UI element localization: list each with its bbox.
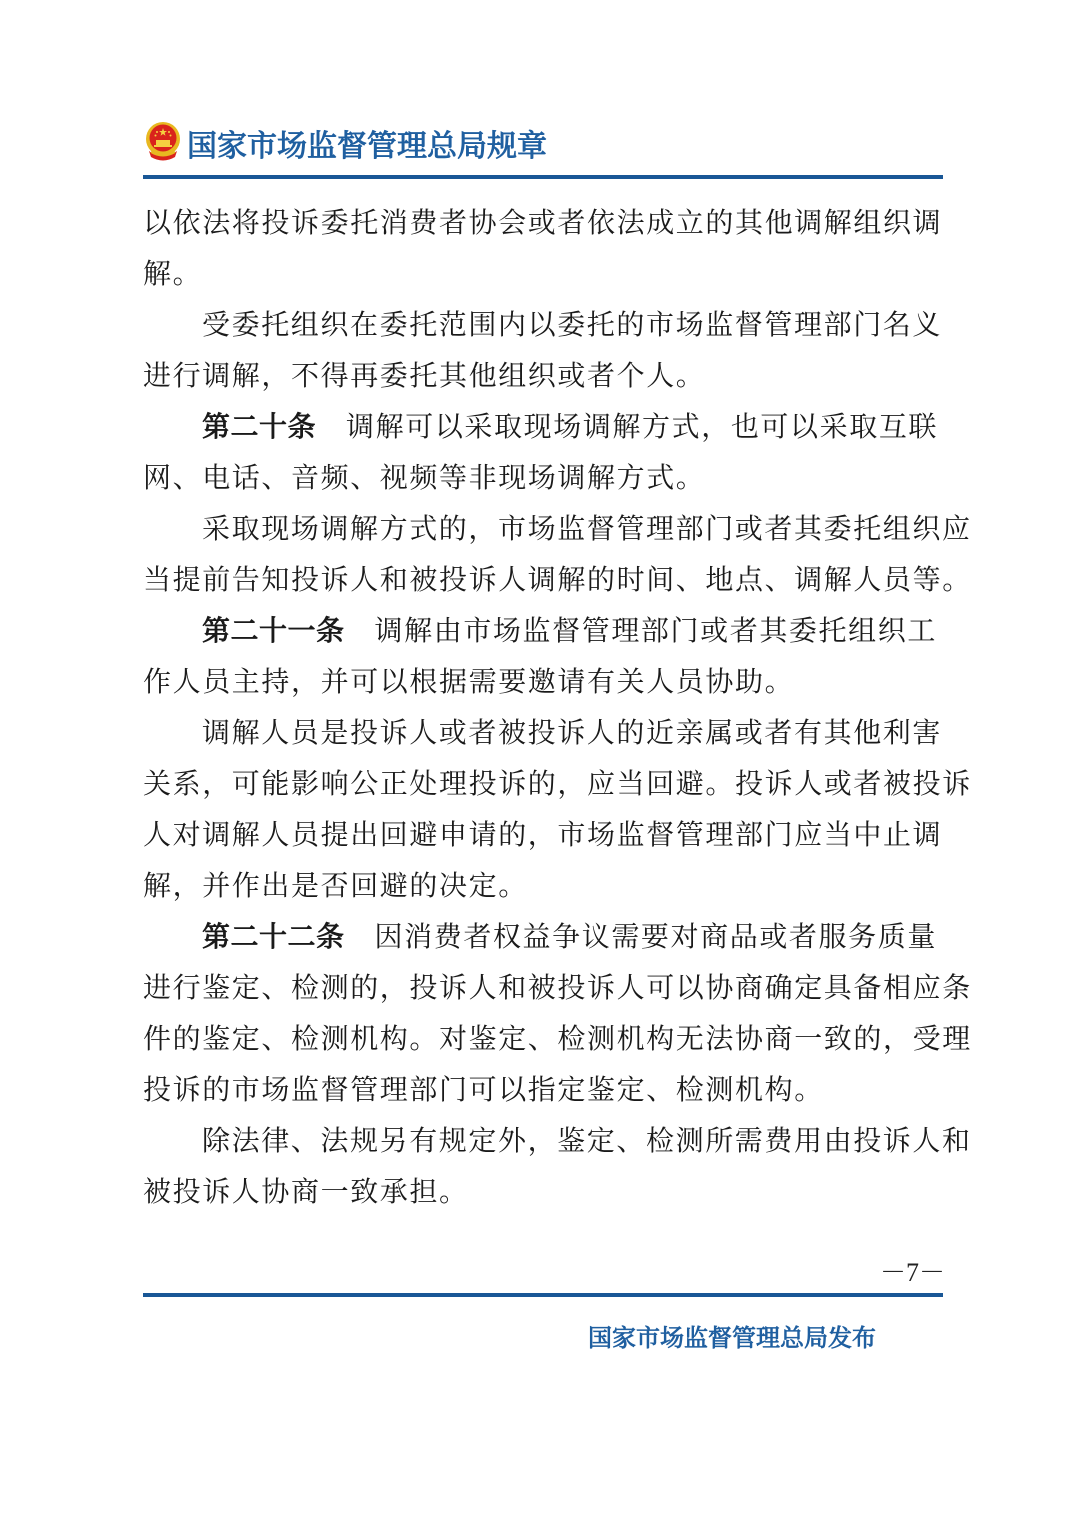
line-text: 采取现场调解方式的，市场监督管理部门或者其委托组织应: [202, 512, 972, 545]
header-title: 国家市场监督管理总局规章: [187, 121, 547, 165]
article-21: 第二十一条调解由市场监督管理部门或者其委托组织工: [143, 605, 943, 656]
line-text: 投诉的市场监督管理部门可以指定鉴定、检测机构。: [143, 1073, 824, 1106]
text-line: 投诉的市场监督管理部门可以指定鉴定、检测机构。: [143, 1064, 943, 1115]
national-emblem-icon: [143, 121, 183, 165]
article-label: 第二十条: [202, 410, 316, 443]
line-text: 网、电话、音频、视频等非现场调解方式。: [143, 461, 705, 494]
footer-publisher: 国家市场监督管理总局发布: [588, 1318, 876, 1353]
line-text: 调解由市场监督管理部门或者其委托组织工: [375, 614, 937, 647]
line-text: 进行调解，不得再委托其他组织或者个人。: [143, 359, 705, 392]
line-text: 以依法将投诉委托消费者协会或者依法成立的其他调解组织调: [143, 206, 942, 239]
text-line: 解，并作出是否回避的决定。: [143, 860, 943, 911]
paragraph-start: 调解人员是投诉人或者被投诉人的近亲属或者有其他利害: [143, 707, 943, 758]
article-22: 第二十二条因消费者权益争议需要对商品或者服务质量: [143, 911, 943, 962]
line-text: 人对调解人员提出回避申请的，市场监督管理部门应当中止调: [143, 818, 942, 851]
text-line: 被投诉人协商一致承担。: [143, 1166, 943, 1217]
paragraph-start: 受委托组织在委托范围内以委托的市场监督管理部门名义: [143, 299, 943, 350]
article-label: 第二十一条: [202, 614, 345, 647]
header-divider: [143, 175, 943, 179]
page-header: 国家市场监督管理总局规章: [143, 118, 547, 168]
line-text: 当提前告知投诉人和被投诉人调解的时间、地点、调解人员等。: [143, 563, 972, 596]
footer-divider: [143, 1293, 943, 1297]
paragraph-start: 采取现场调解方式的，市场监督管理部门或者其委托组织应: [143, 503, 943, 554]
text-line: 关系，可能影响公正处理投诉的，应当回避。投诉人或者被投诉: [143, 758, 943, 809]
line-text: 进行鉴定、检测的，投诉人和被投诉人可以协商确定具备相应条: [143, 971, 972, 1004]
line-text: 作人员主持，并可以根据需要邀请有关人员协助。: [143, 665, 794, 698]
text-line: 作人员主持，并可以根据需要邀请有关人员协助。: [143, 656, 943, 707]
article-20: 第二十条调解可以采取现场调解方式，也可以采取互联: [143, 401, 943, 452]
paragraph-start: 除法律、法规另有规定外，鉴定、检测所需费用由投诉人和: [143, 1115, 943, 1166]
line-text: 解，并作出是否回避的决定。: [143, 869, 528, 902]
text-line: 人对调解人员提出回避申请的，市场监督管理部门应当中止调: [143, 809, 943, 860]
line-text: 因消费者权益争议需要对商品或者服务质量: [375, 920, 937, 953]
text-line: 解。: [143, 248, 943, 299]
line-text: 解。: [143, 257, 202, 290]
article-label: 第二十二条: [202, 920, 345, 953]
text-line: 进行调解，不得再委托其他组织或者个人。: [143, 350, 943, 401]
text-line: 网、电话、音频、视频等非现场调解方式。: [143, 452, 943, 503]
line-text: 件的鉴定、检测机构。对鉴定、检测机构无法协商一致的，受理: [143, 1022, 972, 1055]
line-text: 除法律、法规另有规定外，鉴定、检测所需费用由投诉人和: [202, 1124, 972, 1157]
page-number: －7－: [880, 1252, 945, 1289]
document-body: 以依法将投诉委托消费者协会或者依法成立的其他调解组织调 解。 受委托组织在委托范…: [143, 197, 943, 1217]
text-line: 当提前告知投诉人和被投诉人调解的时间、地点、调解人员等。: [143, 554, 943, 605]
line-text: 调解人员是投诉人或者被投诉人的近亲属或者有其他利害: [202, 716, 942, 749]
line-text: 关系，可能影响公正处理投诉的，应当回避。投诉人或者被投诉: [143, 767, 972, 800]
line-text: 受委托组织在委托范围内以委托的市场监督管理部门名义: [202, 308, 942, 341]
text-line: 进行鉴定、检测的，投诉人和被投诉人可以协商确定具备相应条: [143, 962, 943, 1013]
line-text: 调解可以采取现场调解方式，也可以采取互联: [346, 410, 938, 443]
text-line: 件的鉴定、检测机构。对鉴定、检测机构无法协商一致的，受理: [143, 1013, 943, 1064]
line-text: 被投诉人协商一致承担。: [143, 1175, 469, 1208]
text-line: 以依法将投诉委托消费者协会或者依法成立的其他调解组织调: [143, 197, 943, 248]
